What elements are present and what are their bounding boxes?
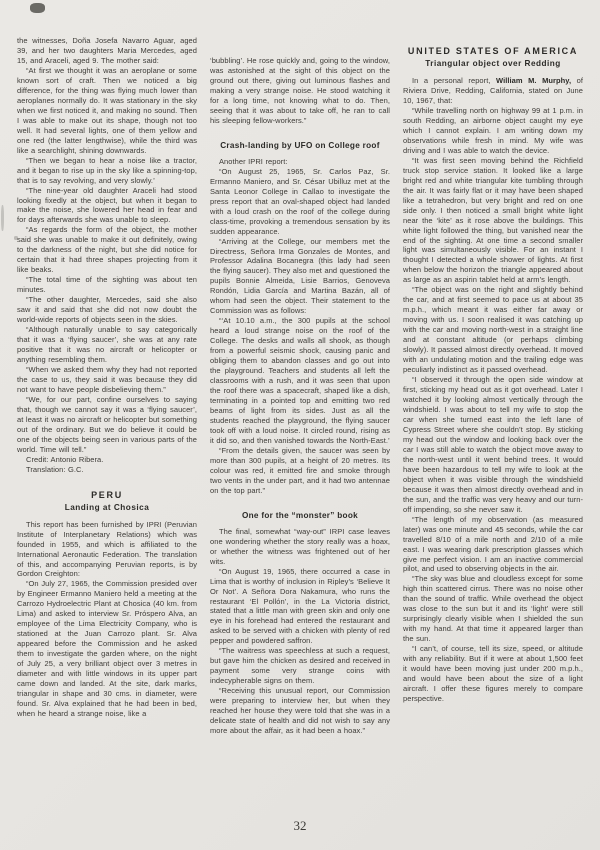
paragraph: This report has been furnished by IPRI (…	[17, 520, 197, 580]
paragraph: “I observed it through the open side win…	[403, 375, 583, 515]
paragraph: “The length of my observation (as measur…	[403, 515, 583, 575]
paragraph: “On August 19, 1965, there occurred a ca…	[210, 567, 390, 647]
text-column-left: the witnesses, Doña Josefa Navarro Aguar…	[17, 36, 197, 736]
paragraph: “Although naturally unable to say catego…	[17, 325, 197, 365]
country-heading: UNITED STATES OF AMERICA	[403, 46, 583, 56]
paragraph: “The waitress was speechless at such a r…	[210, 646, 390, 686]
paragraph: “On August 25, 1965, Sr. Carlos Paz, Sr.…	[210, 167, 390, 237]
story-subheading: Triangular object over Redding	[403, 59, 583, 68]
credit-line: Credit: Antonio Ribera.	[17, 455, 197, 465]
country-heading: PERU	[17, 490, 197, 500]
paragraph: “While travelling north on highway 99 at…	[403, 106, 583, 156]
paragraph: “The nine-year old daughter Araceli had …	[17, 186, 197, 226]
page-number: 32	[0, 818, 600, 834]
paragraph: In a personal report, William M. Murphy,…	[403, 76, 583, 106]
paragraph: the witnesses, Doña Josefa Navarro Aguar…	[17, 36, 197, 66]
story-heading: Crash-landing by UFO on College roof	[210, 141, 390, 150]
paragraph: “‘At 10.10 a.m., the 300 pupils at the s…	[210, 316, 390, 446]
paragraph: “At first we thought it was an aeroplane…	[17, 66, 197, 156]
paragraph: “From the details given, the saucer was …	[210, 446, 390, 496]
scan-artifact	[30, 3, 45, 13]
paragraph: “The sky was blue and cloudless except f…	[403, 574, 583, 644]
paragraph: Another IPRI report:	[210, 157, 390, 167]
paragraph: “Receiving this unusual report, our Comm…	[210, 686, 390, 736]
scan-artifact	[1, 205, 4, 231]
paragraph: “On July 27, 1965, the Commission presid…	[17, 579, 197, 719]
paragraph: “The object was on the right and slightl…	[403, 285, 583, 375]
credit-line: Translation: G.C.	[17, 465, 197, 475]
paragraph: The final, somewhat “way-out” IRPI case …	[210, 527, 390, 567]
text-run: In a personal report,	[412, 76, 496, 85]
paragraph: “As regards the form of the object, the …	[17, 225, 197, 275]
paragraph: “When we asked them why they had not rep…	[17, 365, 197, 395]
text-column-middle: ‘bubbling’. He rose quickly and, going t…	[210, 36, 390, 736]
paragraph: “Then we began to hear a noise like a tr…	[17, 156, 197, 186]
bold-name: William M. Murphy,	[496, 76, 571, 85]
paragraph: “I can’t, of course, tell its size, spee…	[403, 644, 583, 704]
paragraph: “The other daughter, Mercedes, said she …	[17, 295, 197, 325]
text-columns: the witnesses, Doña Josefa Navarro Aguar…	[0, 0, 600, 736]
paragraph: “We, for our part, confine ourselves to …	[17, 395, 197, 455]
paragraph: “The total time of the sighting was abou…	[17, 275, 197, 295]
journal-page: the witnesses, Doña Josefa Navarro Aguar…	[0, 0, 600, 850]
scan-artifact	[14, 236, 18, 240]
story-subheading: Landing at Chosica	[17, 503, 197, 512]
text-column-right: UNITED STATES OF AMERICATriangular objec…	[403, 36, 583, 736]
story-heading: One for the “monster” book	[210, 511, 390, 520]
paragraph: “Arriving at the College, our members me…	[210, 237, 390, 317]
paragraph: ‘bubbling’. He rose quickly and, going t…	[210, 56, 390, 126]
paragraph: “It was first seen moving behind the Ric…	[403, 156, 583, 286]
